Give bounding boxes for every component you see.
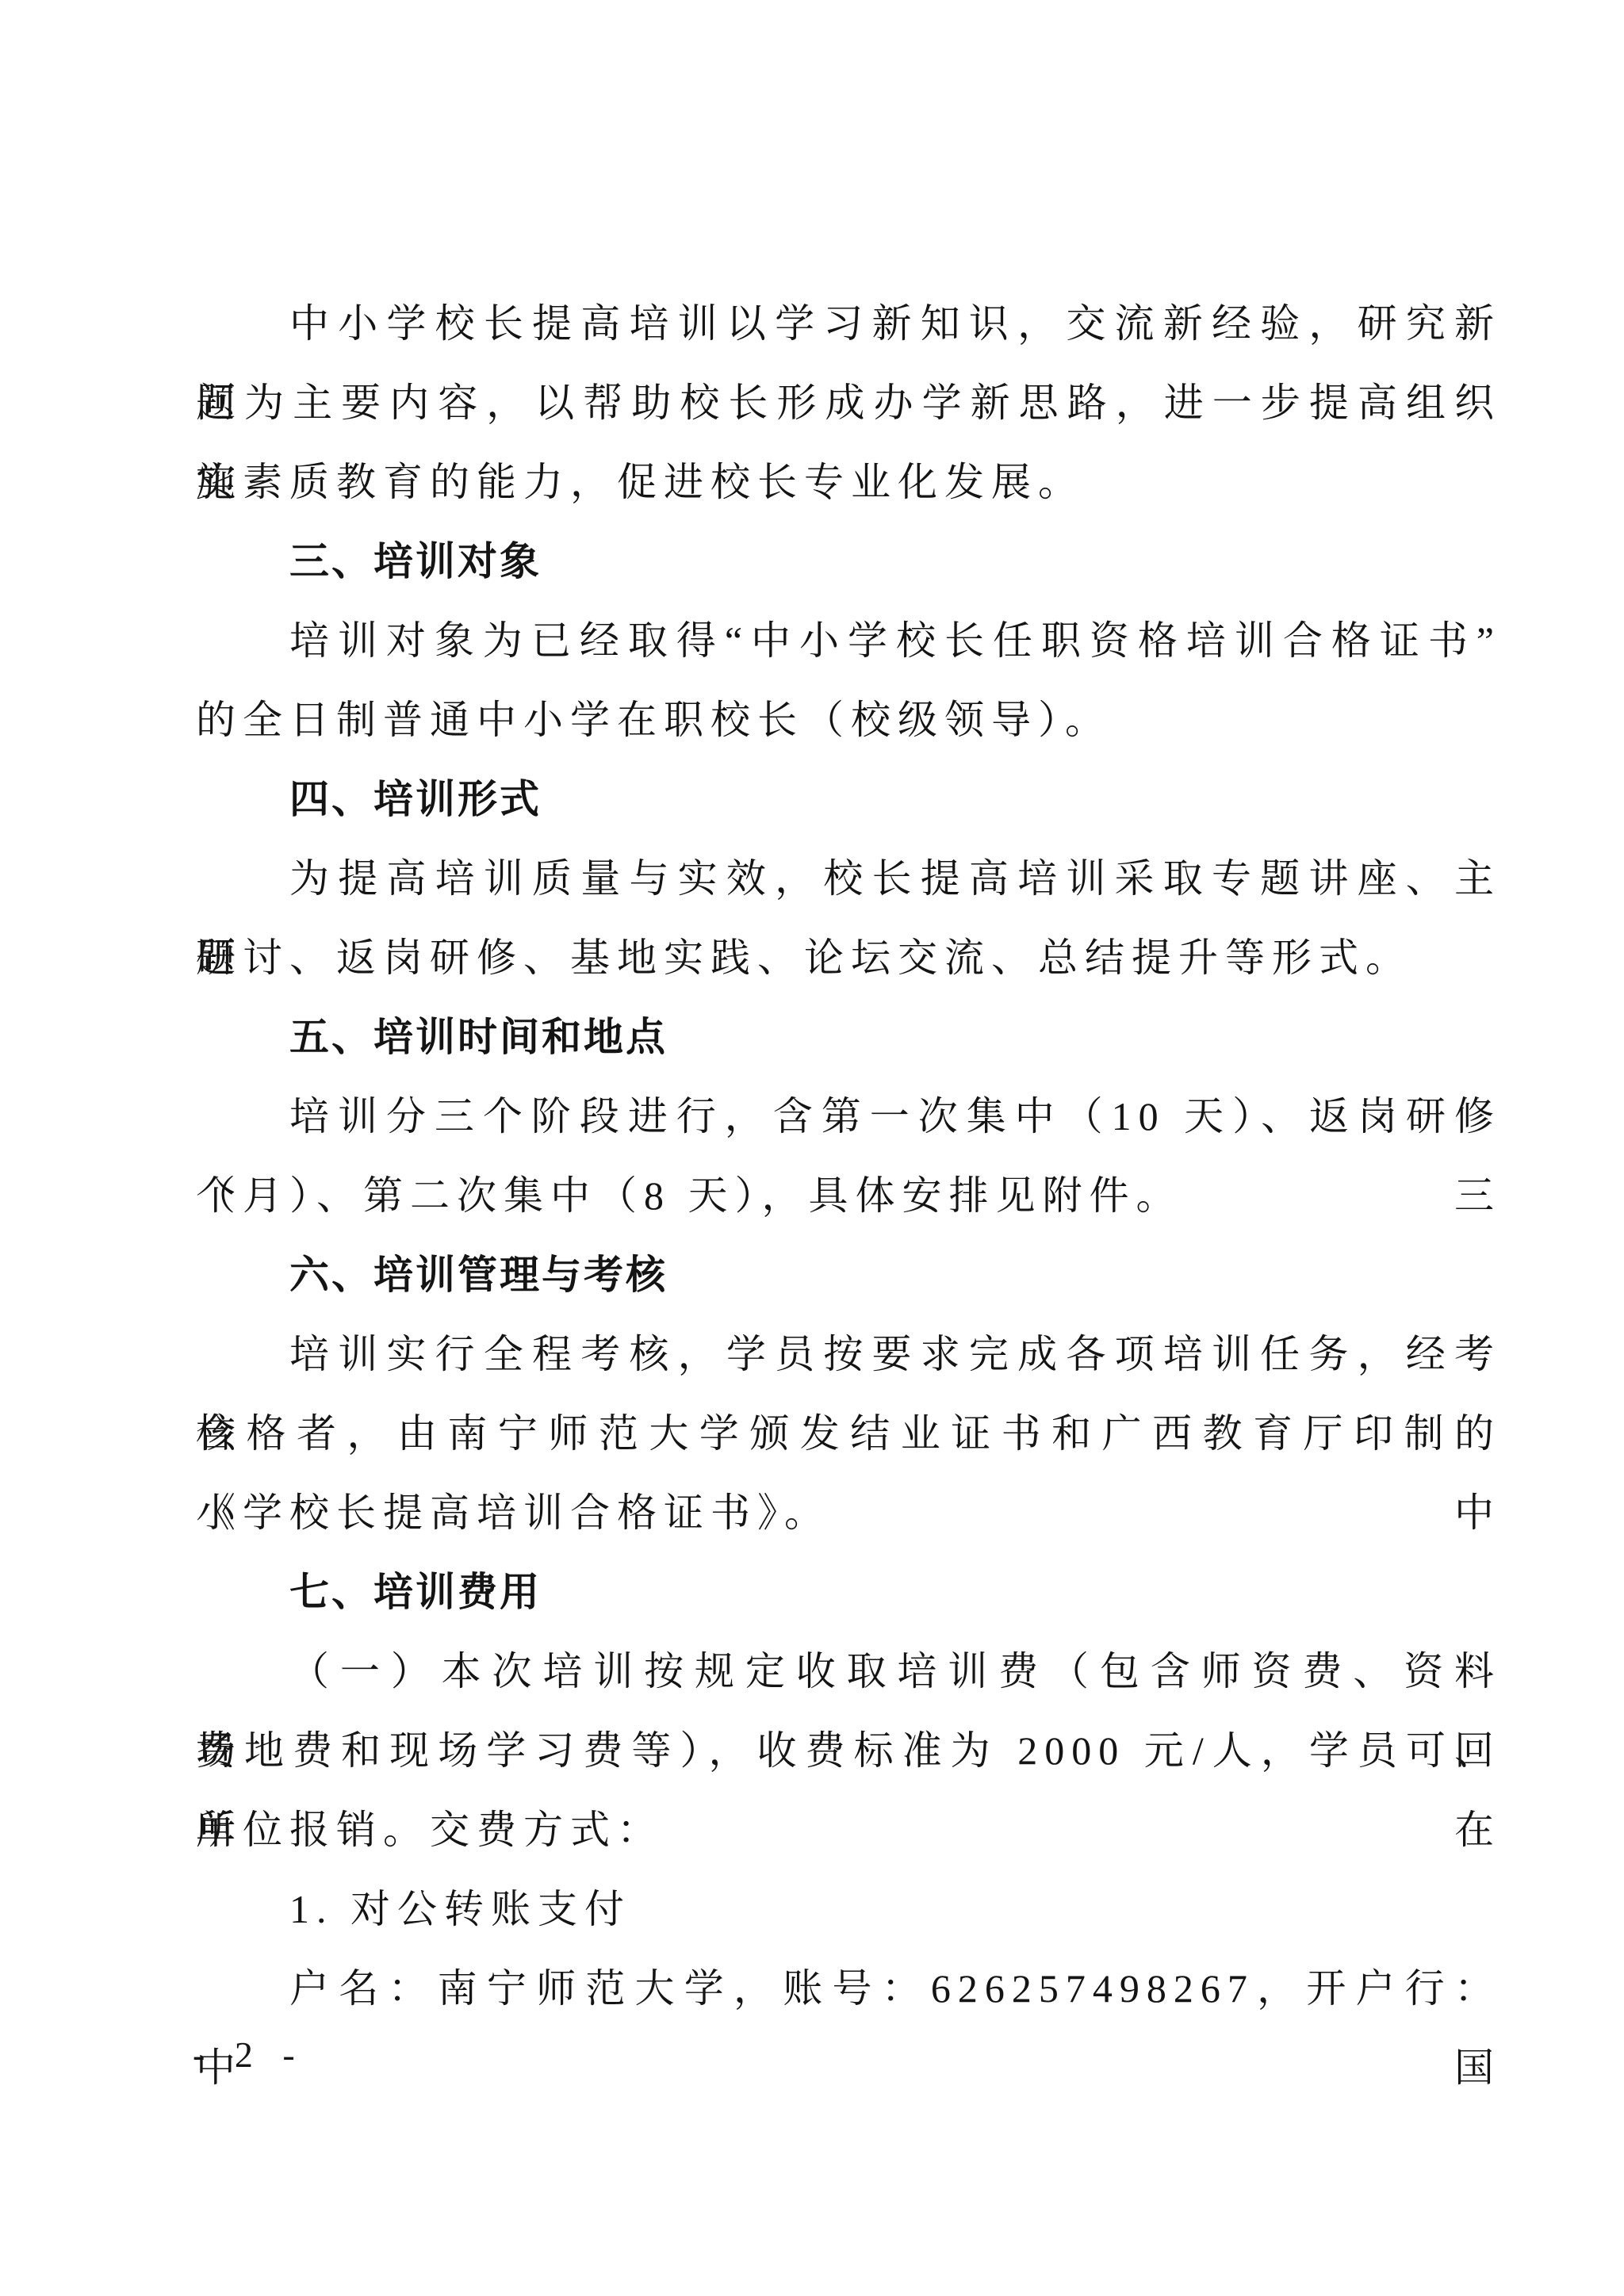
text-line: 研讨、返岗研修、基地实践、论坛交流、总结提升等形式。: [196, 918, 1501, 997]
text-line: 1. 对公转账支付: [196, 1869, 1501, 1949]
text-line: 合格者，由南宁师范大学颁发结业证书和广西教育厅印制的《中: [196, 1394, 1501, 1473]
text-line: 培训分三个阶段进行，含第一次集中（10 天）、返岗研修（三: [196, 1077, 1501, 1156]
section-heading: 五、培训时间和地点: [196, 997, 1501, 1077]
page-number: - 2 -: [193, 2031, 300, 2079]
section-heading: 四、培训形式: [196, 760, 1501, 839]
text-line: 场地费和现场学习费等），收费标准为 2000 元/人，学员可回所在: [196, 1711, 1501, 1790]
section-heading: 六、培训管理与考核: [196, 1235, 1501, 1314]
text-line: 培训实行全程考核，学员按要求完成各项培训任务，经考核: [196, 1314, 1501, 1394]
text-line: 户名：南宁师范大学，账号：626257498267，开户行：中国: [196, 1949, 1501, 2028]
document-page: 中小学校长提高培训以学习新知识，交流新经验，研究新问 题为主要内容，以帮助校长形…: [0, 0, 1624, 2296]
text-line: 的全日制普通中小学在职校长（校级领导）。: [196, 680, 1501, 760]
section-heading: 七、培训费用: [196, 1552, 1501, 1632]
text-line: 中小学校长提高培训以学习新知识，交流新经验，研究新问: [196, 284, 1501, 363]
text-line: 施素质教育的能力，促进校长专业化发展。: [196, 442, 1501, 522]
text-line: 培训对象为已经取得“中小学校长任职资格培训合格证书”: [196, 601, 1501, 680]
section-heading: 三、培训对象: [196, 522, 1501, 601]
text-line: 题为主要内容，以帮助校长形成办学新思路，进一步提高组织实: [196, 363, 1501, 442]
document-body: 中小学校长提高培训以学习新知识，交流新经验，研究新问 题为主要内容，以帮助校长形…: [196, 284, 1501, 2028]
text-line: （一）本次培训按规定收取培训费（包含师资费、资料费、: [196, 1632, 1501, 1711]
text-line: 为提高培训质量与实效，校长提高培训采取专题讲座、主题: [196, 839, 1501, 918]
